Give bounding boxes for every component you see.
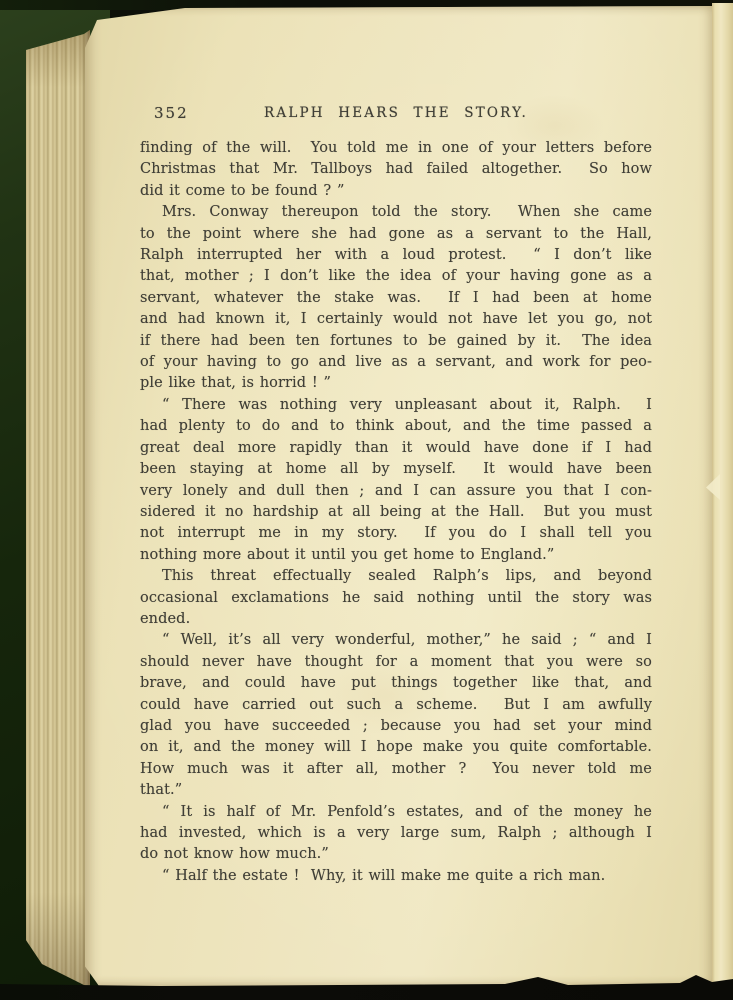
text-line: if there had been ten fortunes to be gai… (140, 331, 652, 352)
page-header: 352 RALPH HEARS THE STORY. (140, 104, 652, 122)
text-line: nothing more about it until you get home… (140, 545, 652, 566)
next-page-edge (712, 3, 733, 991)
text-line: to the point where she had gone as a ser… (140, 224, 652, 245)
paragraph: “ Well, it’s all very wonderful, mother,… (140, 630, 652, 801)
text-line: not interrupt me in my story. If you do … (140, 523, 652, 544)
running-title: RALPH HEARS THE STORY. (140, 104, 652, 122)
paragraph: “ There was nothing very unpleasant abou… (140, 395, 652, 566)
text-line: “ It is half of Mr. Penfold’s estates, a… (140, 802, 652, 823)
text-line: finding of the will. You told me in one … (140, 138, 652, 159)
text-line: had plenty to do and to think about, and… (140, 416, 652, 437)
text-line: This threat effectually sealed Ralph’s l… (140, 566, 652, 587)
text-line: brave, and could have put things togethe… (140, 673, 652, 694)
text-line: very lonely and dull then ; and I can as… (140, 481, 652, 502)
page-body: finding of the will. You told me in one … (140, 138, 652, 887)
text-line: had invested, which is a very large sum,… (140, 823, 652, 844)
paragraph: “ It is half of Mr. Penfold’s estates, a… (140, 802, 652, 866)
paragraph: “ Half the estate ! Why, it will make me… (140, 866, 652, 887)
paragraph: Mrs. Conway thereupon told the story. Wh… (140, 202, 652, 395)
text-line: glad you have succeeded ; because you ha… (140, 716, 652, 737)
text-line: “ There was nothing very unpleasant abou… (140, 395, 652, 416)
text-line: and had known it, I certainly would not … (140, 309, 652, 330)
paragraph: finding of the will. You told me in one … (140, 138, 652, 202)
text-line: Ralph interrupted her with a loud protes… (140, 245, 652, 266)
text-line: sidered it no hardship at all being at t… (140, 502, 652, 523)
page-text-block: 352 RALPH HEARS THE STORY. finding of th… (140, 104, 652, 887)
text-line: should never have thought for a moment t… (140, 652, 652, 673)
text-line: “ Well, it’s all very wonderful, mother,… (140, 630, 652, 651)
text-line: could have carried out such a scheme. Bu… (140, 695, 652, 716)
text-line: ended. (140, 609, 652, 630)
text-line: on it, and the money will I hope make yo… (140, 737, 652, 758)
page-edge-stack (26, 30, 90, 988)
text-line: that, mother ; I don’t like the idea of … (140, 266, 652, 287)
text-line: servant, whatever the stake was. If I ha… (140, 288, 652, 309)
paragraph: This threat effectually sealed Ralph’s l… (140, 566, 652, 630)
text-line: occasional exclamations he said nothing … (140, 588, 652, 609)
text-line: Mrs. Conway thereupon told the story. Wh… (140, 202, 652, 223)
text-line: Christmas that Mr. Tallboys had failed a… (140, 159, 652, 180)
book-scan: 352 RALPH HEARS THE STORY. finding of th… (0, 0, 733, 1000)
page-number: 352 (154, 104, 189, 122)
text-line: How much was it after all, mother ? You … (140, 759, 652, 780)
text-line: been staying at home all by myself. It w… (140, 459, 652, 480)
text-line: ple like that, is horrid ! ” (140, 373, 652, 394)
text-line: did it come to be found ? ” (140, 181, 652, 202)
text-line: great deal more rapidly than it would ha… (140, 438, 652, 459)
text-line: do not know how much.” (140, 844, 652, 865)
text-line: of your having to go and live as a serva… (140, 352, 652, 373)
text-line: “ Half the estate ! Why, it will make me… (140, 866, 652, 887)
text-line: that.” (140, 780, 652, 801)
